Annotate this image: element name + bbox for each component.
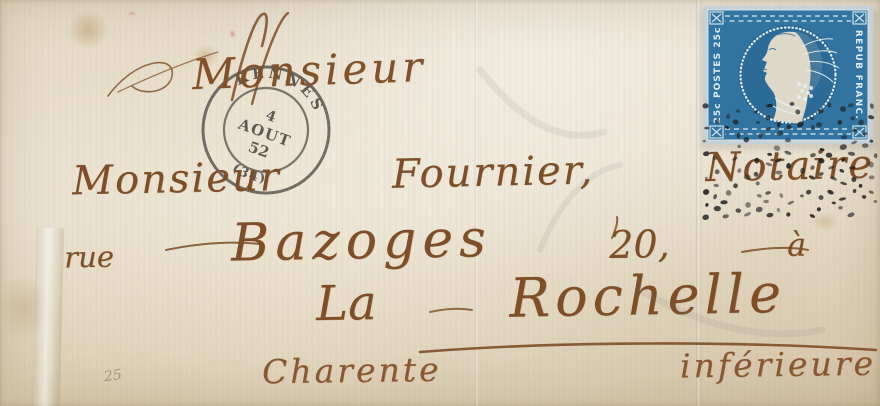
city-name: Rochelle: [509, 262, 787, 330]
address-recipient-line: Monsieur Fournier, Notaire: [72, 142, 875, 205]
stamp-right-label: REPUB FRANC.: [853, 30, 863, 120]
cancel-dot: [805, 189, 812, 195]
cancel-dot: [838, 206, 843, 210]
cancel-dot: [800, 194, 804, 197]
stamp-left-label: 25c POSTES 25c: [713, 27, 723, 124]
street-prefix: rue: [64, 240, 115, 301]
cancel-dot: [779, 193, 784, 199]
street-name: Bazoges: [231, 209, 493, 274]
cancel-dot: [852, 188, 856, 193]
address-department-line: Charente inférieure: [262, 344, 876, 392]
city-article: La: [316, 275, 378, 339]
cancel-dot: [874, 153, 878, 158]
address-salutation: Monsieur: [191, 42, 427, 99]
recipient-name: Fournier,: [391, 147, 594, 197]
cancel-dot: [831, 201, 836, 204]
cancel-dot: [720, 200, 728, 204]
pencil-annotation: 25: [103, 367, 123, 385]
cancel-dot: [818, 194, 824, 200]
recipient-profession: Notaire: [705, 142, 875, 192]
paper-stain: [0, 262, 62, 354]
paper-stain: [126, 10, 138, 17]
cancel-dot: [847, 211, 855, 218]
cancel-dot: [827, 189, 835, 195]
recipient-title: Monsieur: [72, 154, 282, 204]
cancel-dot: [756, 193, 762, 198]
cancel-dot: [839, 197, 847, 201]
department-word1: Charente: [262, 350, 442, 392]
cancel-dot: [763, 200, 769, 204]
cancel-dot: [712, 194, 717, 200]
paper-stain: [228, 28, 237, 40]
cancel-dot: [873, 200, 877, 203]
department-word2: inférieure: [680, 344, 876, 386]
paper-crease: [475, 0, 479, 406]
address-city-line: La Rochelle: [315, 262, 786, 333]
cancel-dot: [868, 190, 874, 195]
cancel-dot: [765, 191, 772, 196]
letter-cover: RENNES (34) 4 AOUT 52 25c POS: [0, 0, 880, 406]
paper-stain: [804, 208, 846, 236]
ceres-stamp: 25c POSTES 25c REPUB FRANC.: [703, 6, 873, 144]
paper-stain: [60, 2, 116, 58]
street-connector: à: [787, 226, 807, 286]
cancel-dot: [862, 195, 867, 199]
salutation-word: Monsieur: [191, 42, 427, 99]
